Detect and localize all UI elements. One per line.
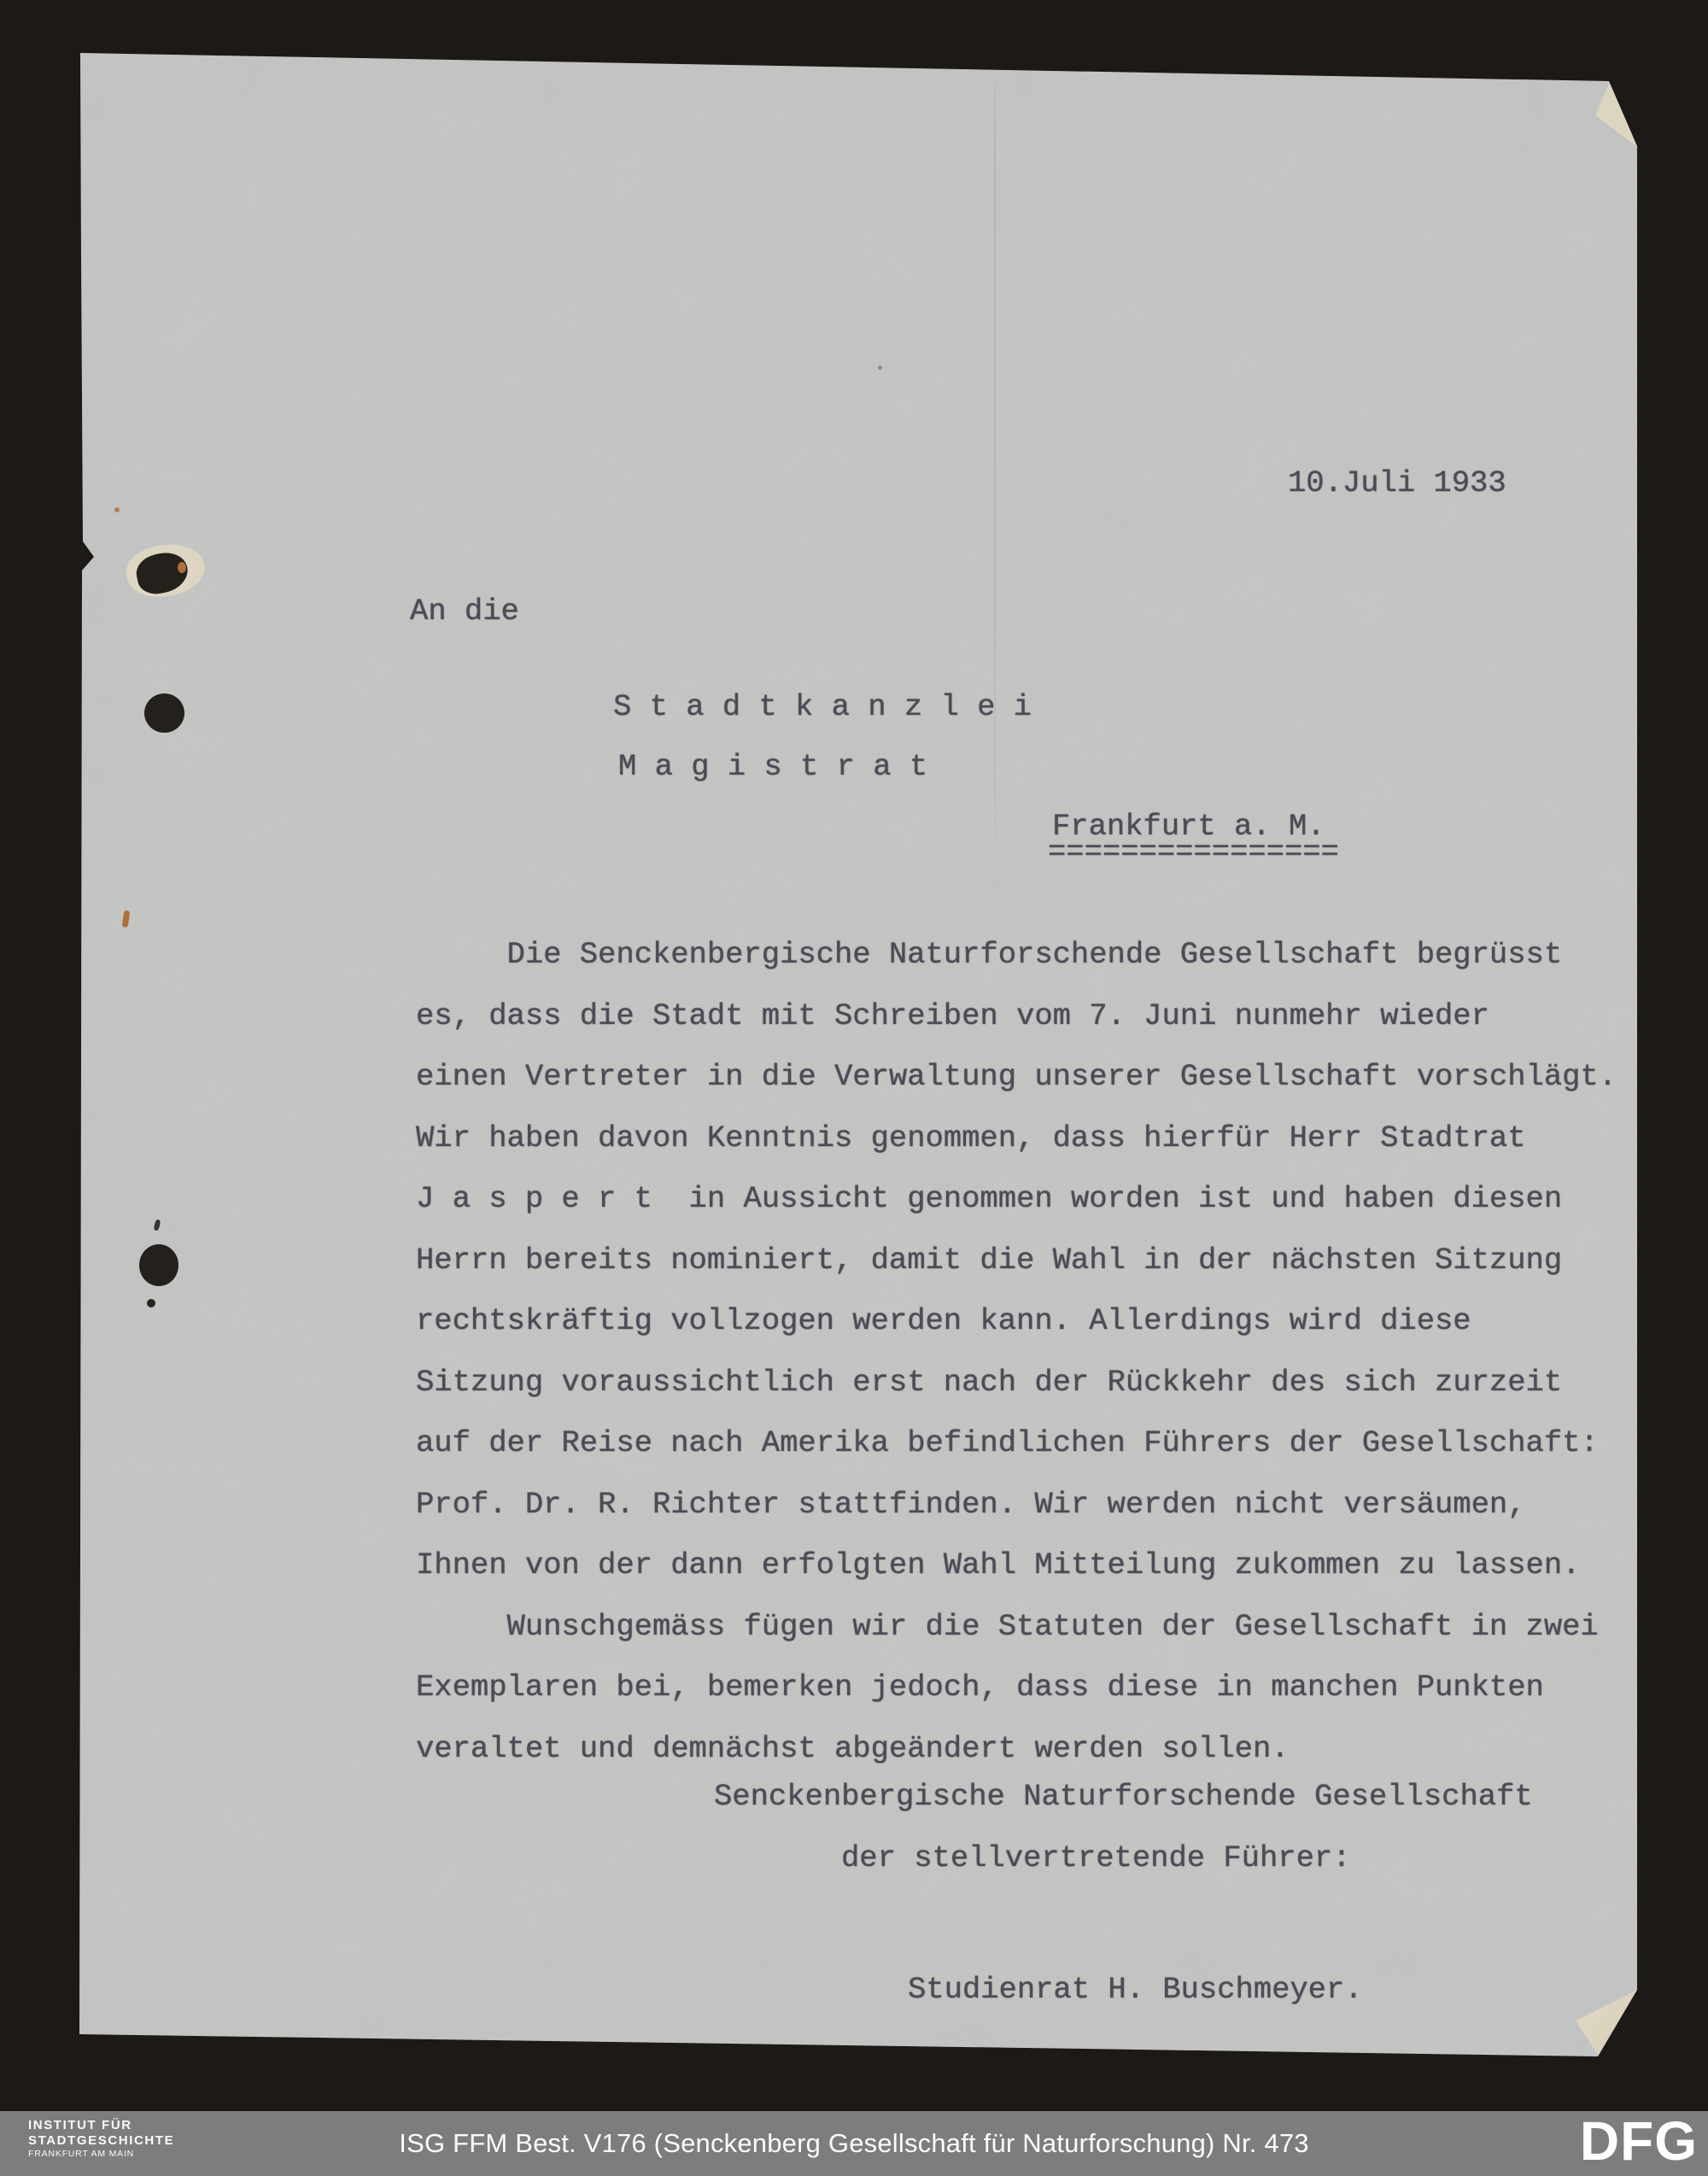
body-line: Prof. Dr. R. Richter stattfinden. Wir we…: [416, 1474, 1617, 1535]
recipient-line-2: M a g i s t r a t: [618, 748, 927, 786]
paper-crease: [994, 60, 996, 922]
signature-line: Studienrat H. Buschmeyer.: [908, 1971, 1363, 2009]
body-line: Herrn bereits nominiert, damit die Wahl …: [416, 1230, 1617, 1291]
rust-stain: [178, 562, 186, 573]
body-line: rechtskräftig vollzogen werden kann. All…: [416, 1290, 1617, 1352]
archive-scan-viewport: 10.Juli 1933 An die S t a d t k a n z l …: [0, 0, 1708, 2176]
body-line: einen Vertreter in die Verwaltung unsere…: [416, 1046, 1617, 1108]
fold-corner-bottom-right: [1567, 1986, 1640, 2062]
letter-date: 10.Juli 1933: [1288, 465, 1506, 502]
closing-company-line: Senckenbergische Naturforschende Gesells…: [714, 1778, 1533, 1816]
body-line: Die Senckenbergische Naturforschende Ges…: [416, 924, 1617, 986]
body-line: Wunschgemäss fügen wir die Statuten der …: [416, 1596, 1617, 1658]
letter-page: 10.Juli 1933 An die S t a d t k a n z l …: [0, 0, 1708, 2176]
letter-body: Die Senckenbergische Naturforschende Ges…: [416, 924, 1617, 1779]
punch-hole: [139, 1244, 178, 1286]
archive-reference: ISG FFM Best. V176 (Senckenberg Gesellsc…: [0, 2111, 1708, 2176]
body-line: Sitzung voraussichtlich erst nach der Rü…: [416, 1352, 1617, 1413]
body-line: Exemplaren bei, bemerken jedoch, dass di…: [416, 1657, 1617, 1718]
footer-bar: INSTITUT FÜR STADTGESCHICHTE FRANKFURT A…: [0, 2111, 1708, 2176]
paper-nick: [154, 1219, 161, 1231]
rust-dot: [114, 507, 120, 512]
body-line: Ihnen von der dann erfolgten Wahl Mittei…: [416, 1535, 1617, 1596]
salutation: An die: [410, 593, 519, 630]
closing-role-line: der stellvertretende Führer:: [841, 1840, 1351, 1877]
fold-corner-top-right: [1576, 77, 1640, 154]
body-line: veraltet und demnächst abgeändert werden…: [416, 1718, 1617, 1780]
body-line: es, dass die Stadt mit Schreiben vom 7. …: [416, 986, 1617, 1047]
punch-hole: [144, 693, 184, 733]
place-underline: ================: [1048, 834, 1339, 871]
paper-speck: [878, 366, 882, 370]
body-line: J a s p e r t in Aussicht genommen worde…: [416, 1168, 1617, 1230]
paper-dot: [147, 1299, 155, 1307]
body-line: Wir haben davon Kenntnis genommen, dass …: [416, 1108, 1617, 1169]
recipient-line-1: S t a d t k a n z l e i: [613, 688, 1032, 726]
rust-fleck: [122, 910, 131, 928]
body-line: auf der Reise nach Amerika befindlichen …: [416, 1413, 1617, 1474]
dfg-logo: DFG: [1580, 2109, 1698, 2173]
